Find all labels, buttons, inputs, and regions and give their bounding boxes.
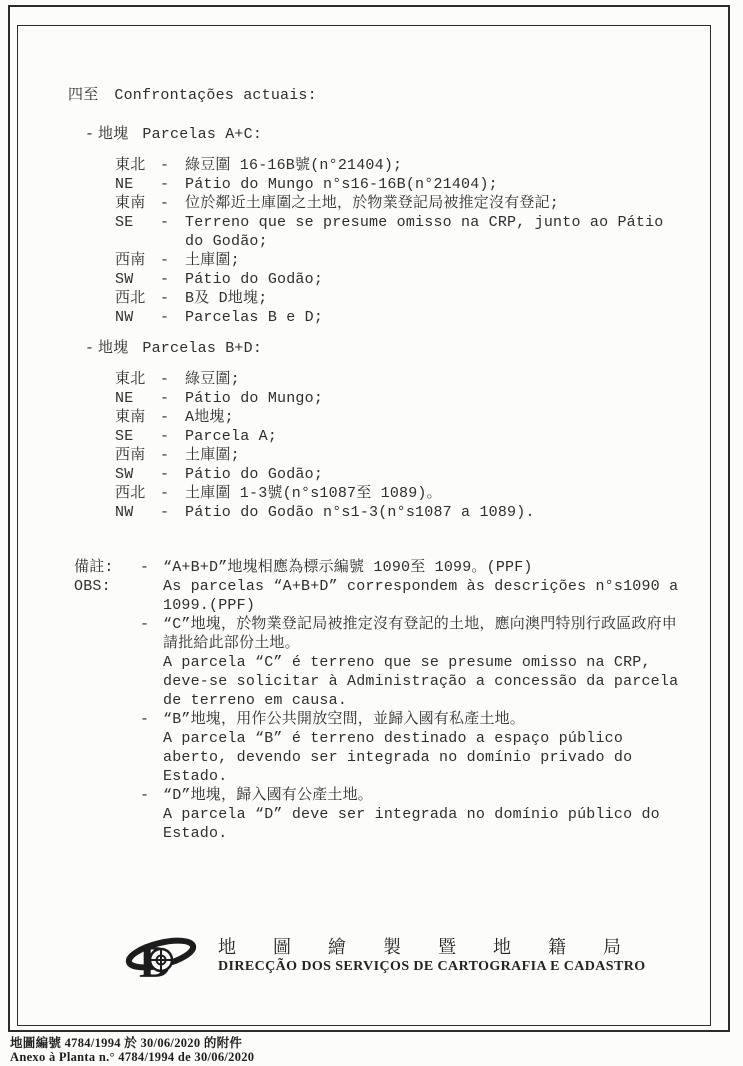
direction-label: 西北	[115, 289, 160, 308]
row-dash: -	[160, 389, 185, 408]
direction-rows: 東北 - 綠豆圍; NE - Pátio do Mungo; 東南 - A地塊;…	[115, 370, 688, 522]
direction-row: 西南 - 土庫圍;	[115, 446, 688, 465]
row-dash: -	[160, 484, 185, 503]
direction-label: NW	[115, 503, 160, 522]
direction-text: 土庫圍;	[185, 446, 685, 465]
direction-text: B及 D地塊;	[185, 289, 685, 308]
direction-label: 西南	[115, 446, 160, 465]
agency-footer: D 地圖繪製暨地籍局 DIRECÇÃO DOS SERVIÇOS DE CART…	[125, 934, 658, 986]
annotation-line-pt: Anexo à Planta n.° 4784/1994 de 30/06/20…	[10, 1051, 254, 1065]
direction-text: Pátio do Godão;	[185, 270, 685, 289]
document-body: 四至 Confrontações actuais: - 地塊 Parcelas …	[68, 86, 688, 843]
note-item: As parcelas “A+B+D” correspondem às desc…	[140, 577, 689, 615]
section-parcelas-a-c: - 地塊 Parcelas A+C: 東北 - 綠豆圍 16-16B號(n°21…	[68, 125, 688, 327]
row-dash: -	[160, 503, 185, 522]
document-title: 四至 Confrontações actuais:	[68, 86, 688, 105]
agency-name-pt: DIRECÇÃO DOS SERVIÇOS DE CARTOGRAFIA E C…	[218, 958, 658, 975]
section-heading-cjk: 地塊	[98, 125, 128, 144]
direction-row: SE - Terreno que se presume omisso na CR…	[115, 213, 688, 251]
notes-items: - “A+B+D”地塊相應為標示編號 1090至 1099。(PPF) As p…	[140, 558, 689, 843]
globe-d-logo-icon: D	[125, 934, 213, 986]
section-heading: - 地塊 Parcelas B+D:	[68, 339, 688, 358]
direction-label: 東南	[115, 194, 160, 213]
row-dash: -	[160, 175, 185, 194]
section-heading-cjk: 地塊	[98, 339, 128, 358]
note-bullet: -	[140, 786, 149, 805]
notes-label-obs: OBS:	[74, 577, 140, 596]
note-text: “A+B+D”地塊相應為標示編號 1090至 1099。(PPF)	[163, 559, 533, 576]
note-bullet: -	[140, 710, 149, 729]
direction-text: A地塊;	[185, 408, 685, 427]
note-bullet: -	[140, 615, 149, 634]
direction-text: 綠豆圍;	[185, 370, 685, 389]
row-dash: -	[160, 289, 185, 308]
direction-rows: 東北 - 綠豆圍 16-16B號(n°21404); NE - Pátio do…	[115, 156, 688, 327]
direction-row: 東南 - 位於鄰近土庫圍之土地，於物業登記局被推定沒有登記;	[115, 194, 688, 213]
row-dash: -	[160, 446, 185, 465]
notes-label-cjk: 備註:	[74, 558, 140, 577]
direction-text: Terreno que se presume omisso na CRP, ju…	[185, 213, 685, 251]
direction-label: SW	[115, 270, 160, 289]
note-text: As parcelas “A+B+D” correspondem às desc…	[163, 578, 678, 614]
title-cjk: 四至	[68, 86, 98, 105]
direction-text: 綠豆圍 16-16B號(n°21404);	[185, 156, 685, 175]
direction-label: 東北	[115, 370, 160, 389]
note-item: A parcela “C” é terreno que se presume o…	[140, 653, 689, 710]
direction-text: 土庫圍 1-3號(n°s1087至 1089)。	[185, 484, 685, 503]
direction-label: SW	[115, 465, 160, 484]
note-text: “D”地塊，歸入國有公產土地。	[163, 787, 373, 804]
direction-label: SE	[115, 213, 160, 232]
row-dash: -	[160, 308, 185, 327]
direction-row: 東南 - A地塊;	[115, 408, 688, 427]
direction-label: 西南	[115, 251, 160, 270]
agency-name-cjk: 地圖繪製暨地籍局	[218, 937, 658, 958]
row-dash: -	[160, 370, 185, 389]
note-text: A parcela “C” é terreno que se presume o…	[163, 654, 678, 709]
row-dash: -	[160, 270, 185, 289]
direction-row: SE - Parcela A;	[115, 427, 688, 446]
direction-row: 西北 - B及 D地塊;	[115, 289, 688, 308]
direction-label: 東北	[115, 156, 160, 175]
direction-text: Pátio do Mungo;	[185, 389, 685, 408]
direction-label: NE	[115, 175, 160, 194]
row-dash: -	[160, 213, 185, 232]
direction-text: 土庫圍;	[185, 251, 685, 270]
direction-row: NW - Parcelas B e D;	[115, 308, 688, 327]
note-text: A parcela “B” é terreno destinado a espa…	[163, 730, 632, 785]
direction-row: NE - Pátio do Mungo;	[115, 389, 688, 408]
direction-row: 西北 - 土庫圍 1-3號(n°s1087至 1089)。	[115, 484, 688, 503]
row-dash: -	[160, 465, 185, 484]
note-item: A parcela “D” deve ser integrada no domí…	[140, 805, 689, 843]
row-dash: -	[160, 408, 185, 427]
note-item: - “C”地塊，於物業登記局被推定沒有登記的土地，應向澳門特別行政區政府申請批給…	[140, 615, 689, 653]
direction-row: SW - Pátio do Godão;	[115, 270, 688, 289]
direction-label: SE	[115, 427, 160, 446]
section-heading-pt: Parcelas A+C:	[142, 125, 262, 144]
direction-row: NE - Pátio do Mungo n°s16-16B(n°21404);	[115, 175, 688, 194]
direction-row: 西南 - 土庫圍;	[115, 251, 688, 270]
note-text: “B”地塊，用作公共開放空間，並歸入國有私產土地。	[163, 711, 525, 728]
section-parcelas-b-d: - 地塊 Parcelas B+D: 東北 - 綠豆圍; NE - Pátio …	[68, 339, 688, 522]
note-item: - “D”地塊，歸入國有公產土地。	[140, 786, 689, 805]
section-bullet: -	[68, 339, 98, 358]
note-item: - “A+B+D”地塊相應為標示編號 1090至 1099。(PPF)	[140, 558, 689, 577]
note-item: - “B”地塊，用作公共開放空間，並歸入國有私產土地。	[140, 710, 689, 729]
note-item: A parcela “B” é terreno destinado a espa…	[140, 729, 689, 786]
section-heading: - 地塊 Parcelas A+C:	[68, 125, 688, 144]
title-pt: Confrontações actuais:	[114, 86, 316, 105]
row-dash: -	[160, 194, 185, 213]
direction-text: 位於鄰近土庫圍之土地，於物業登記局被推定沒有登記;	[185, 194, 685, 213]
direction-label: NW	[115, 308, 160, 327]
direction-label: 西北	[115, 484, 160, 503]
note-text: “C”地塊，於物業登記局被推定沒有登記的土地，應向澳門特別行政區政府申請批給此部…	[163, 616, 677, 652]
plan-annotation: 地圖編號 4784/1994 於 30/06/2020 的附件 Anexo à …	[10, 1037, 254, 1064]
direction-row: 東北 - 綠豆圍 16-16B號(n°21404);	[115, 156, 688, 175]
direction-text: Parcelas B e D;	[185, 308, 685, 327]
note-bullet: -	[140, 558, 149, 577]
direction-text: Pátio do Godão n°s1-3(n°s1087 a 1089).	[185, 503, 685, 522]
note-text: A parcela “D” deve ser integrada no domí…	[163, 806, 660, 842]
row-dash: -	[160, 156, 185, 175]
annotation-line-cjk: 地圖編號 4784/1994 於 30/06/2020 的附件	[10, 1037, 254, 1051]
section-bullet: -	[68, 125, 98, 144]
notes-section: 備註: OBS: - “A+B+D”地塊相應為標示編號 1090至 1099。(…	[74, 558, 688, 843]
agency-names: 地圖繪製暨地籍局 DIRECÇÃO DOS SERVIÇOS DE CARTOG…	[218, 934, 658, 975]
direction-text: Parcela A;	[185, 427, 685, 446]
direction-row: 東北 - 綠豆圍;	[115, 370, 688, 389]
direction-row: NW - Pátio do Godão n°s1-3(n°s1087 a 108…	[115, 503, 688, 522]
direction-text: Pátio do Godão;	[185, 465, 685, 484]
direction-label: 東南	[115, 408, 160, 427]
direction-label: NE	[115, 389, 160, 408]
row-dash: -	[160, 427, 185, 446]
direction-text: Pátio do Mungo n°s16-16B(n°21404);	[185, 175, 685, 194]
direction-row: SW - Pátio do Godão;	[115, 465, 688, 484]
section-heading-pt: Parcelas B+D:	[142, 339, 262, 358]
notes-labels: 備註: OBS:	[74, 558, 140, 843]
row-dash: -	[160, 251, 185, 270]
